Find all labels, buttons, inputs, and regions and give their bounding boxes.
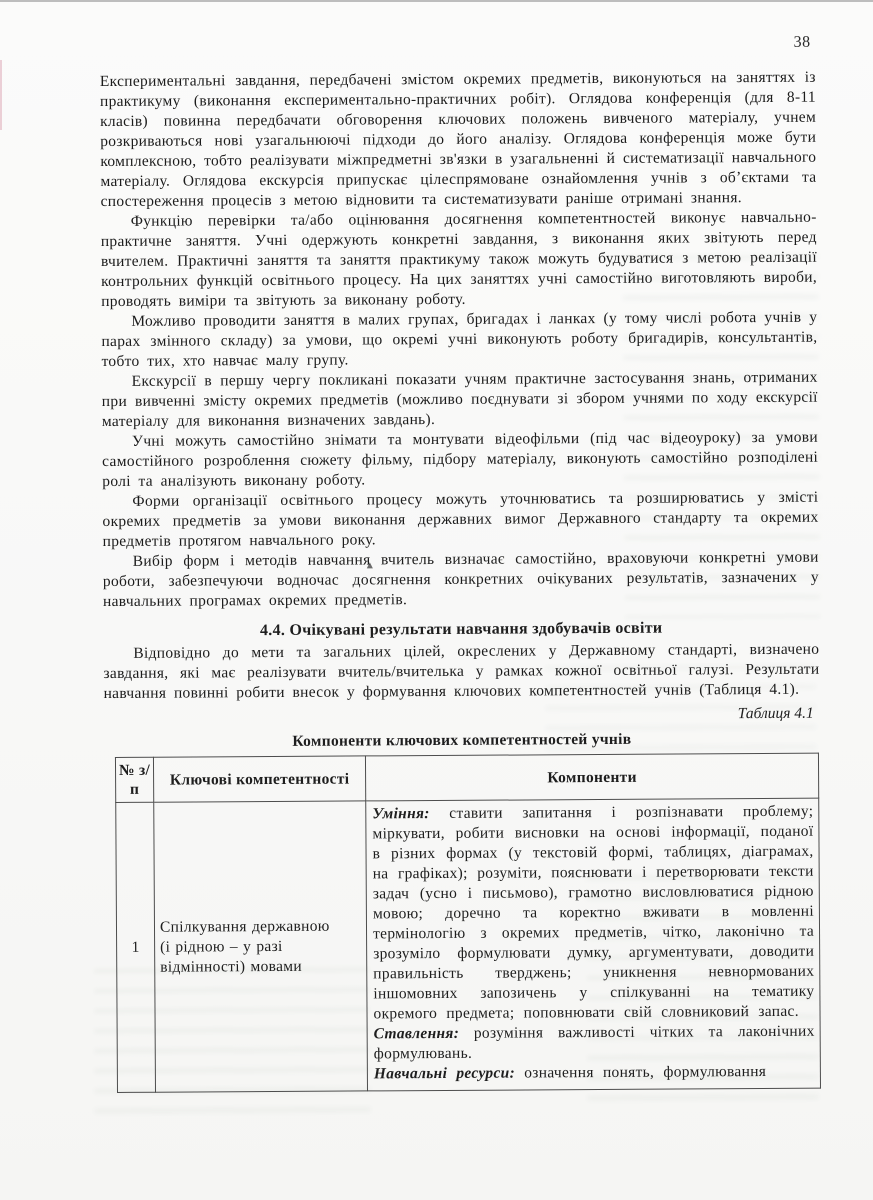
components-skills: Уміння: ставити запитання і розпізнавати… bbox=[372, 802, 814, 1025]
header-key-cell: Ключові компетентності bbox=[153, 756, 365, 802]
component-lead-skills: Уміння: bbox=[372, 805, 430, 822]
table-header-row: № з/п Ключові компетентності Компоненти bbox=[115, 753, 818, 802]
component-lead-resources: Навчальні ресурси: bbox=[374, 1065, 515, 1083]
paragraph-4: Екскурсії в першу чергу покликані показа… bbox=[102, 368, 818, 432]
paragraph-7: Вибір форм і методів навчання вчитель ви… bbox=[103, 548, 819, 612]
table-reference: Таблиця 4.1 bbox=[104, 704, 820, 728]
scanned-page: { "page": { "number": "38" }, "paragraph… bbox=[0, 0, 873, 1200]
paragraph-3: Можливо проводити заняття в малих групах… bbox=[101, 308, 817, 372]
component-lead-attitude: Ставлення: bbox=[374, 1025, 460, 1043]
components-resources: Навчальні ресурси: означення понять, фор… bbox=[374, 1062, 815, 1085]
row-components-cell: Уміння: ставити запитання і розпізнавати… bbox=[366, 798, 821, 1091]
components-attitude: Ставлення: розуміння важливості чітких т… bbox=[374, 1022, 815, 1065]
header-components-cell: Компоненти bbox=[365, 753, 818, 801]
page-number: 38 bbox=[794, 34, 811, 52]
paragraph-6: Форми організації освітнього процесу мож… bbox=[102, 488, 818, 552]
paragraph-2: Функцію перевірки та/або оцінювання дося… bbox=[101, 208, 818, 312]
table-row: 1 Спілкування державною (і рідною – у ра… bbox=[116, 798, 821, 1092]
component-text-skills: ставити запитання і розпізнавати проблем… bbox=[372, 803, 814, 1023]
row-key-cell: Спілкування державною (і рідною – у разі… bbox=[154, 801, 368, 1092]
header-num-cell: № з/п bbox=[115, 757, 153, 802]
document-body: Експериментальні завдання, передбачені з… bbox=[100, 68, 822, 1093]
competencies-table: № з/п Ключові компетентності Компоненти … bbox=[115, 753, 821, 1093]
row-num-cell: 1 bbox=[116, 802, 156, 1092]
section-heading: 4.4. Очікувані результати навчання здобу… bbox=[103, 618, 819, 642]
paragraph-1: Експериментальні завдання, передбачені з… bbox=[100, 68, 817, 212]
table-caption: Компоненти ключових компетентностей учні… bbox=[104, 729, 820, 753]
page-tilt-wrapper: 38 ▲ Експериментальні завдання, передбач… bbox=[0, 0, 873, 1200]
component-text-resources: означення понять, формулювання bbox=[524, 1063, 766, 1081]
section-intro: Відповідно до мети та загальних цілей, о… bbox=[103, 640, 819, 704]
paragraph-5: Учні можуть самостійно знімати та монтув… bbox=[102, 428, 818, 492]
